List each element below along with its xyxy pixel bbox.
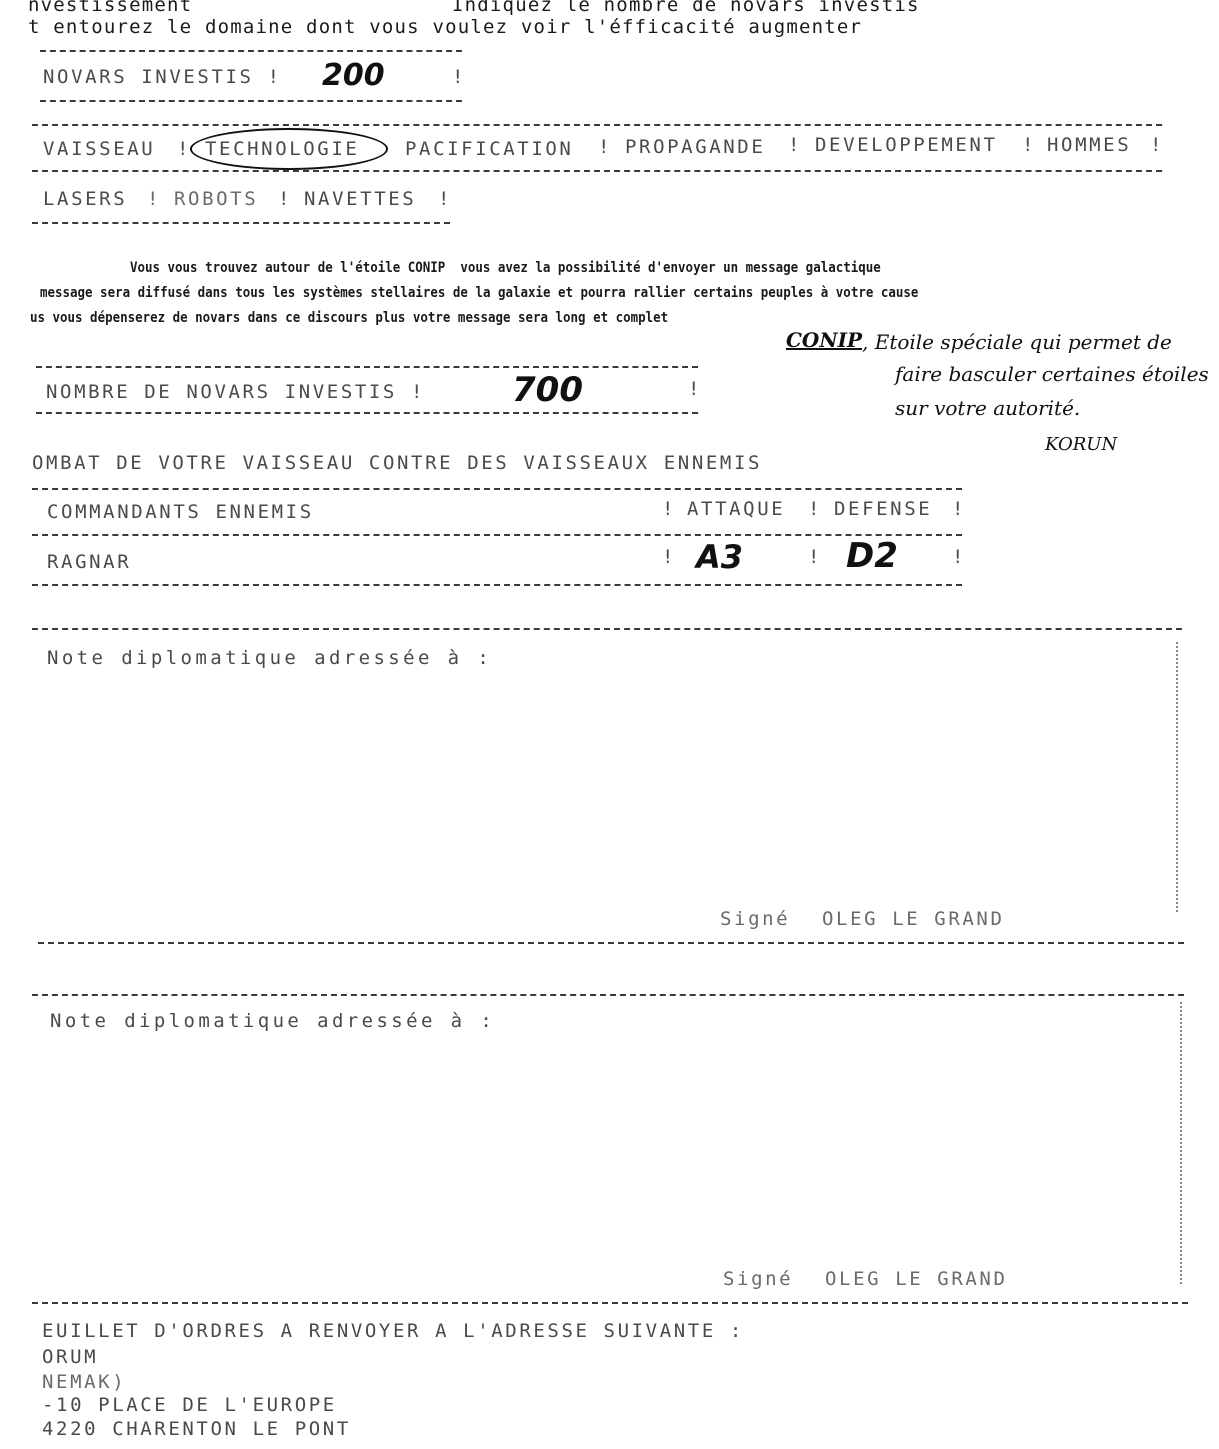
header-line1-left: nvestissement bbox=[28, 0, 192, 16]
divider bbox=[32, 222, 450, 224]
separator: ! bbox=[1022, 134, 1036, 156]
footer-title: EUILLET D'ORDRES A RENVOYER A L'ADRESSE … bbox=[42, 1320, 744, 1342]
column-commandants: COMMANDANTS ENNEMIS bbox=[47, 501, 314, 523]
divider bbox=[32, 124, 1162, 126]
annotation-line-2: faire basculer certaines étoiles bbox=[895, 362, 1209, 386]
separator: ! bbox=[147, 188, 161, 210]
novars-message-value[interactable]: 700 bbox=[512, 370, 583, 410]
attaque-value[interactable]: A3 bbox=[696, 538, 743, 576]
note-recipient-label: Note diplomatique adressée à : bbox=[47, 647, 492, 669]
message-line-1: Vous vous trouvez autour de l'étoile CON… bbox=[130, 260, 881, 276]
combat-title: OMBAT DE VOTRE VAISSEAU CONTRE DES VAISS… bbox=[32, 452, 762, 474]
domain-lasers[interactable]: LASERS bbox=[43, 188, 127, 210]
column-attaque: ATTAQUE bbox=[687, 498, 785, 520]
column-defense: DEFENSE bbox=[834, 498, 932, 520]
signer-name: OLEG LE GRAND bbox=[822, 908, 1005, 930]
annotation-title: CONIP bbox=[786, 328, 862, 352]
annotation-signature: KORUN bbox=[1045, 434, 1117, 455]
divider bbox=[32, 994, 1184, 996]
separator: ! bbox=[177, 138, 191, 160]
divider bbox=[40, 50, 462, 52]
right-border bbox=[1180, 1002, 1182, 1284]
separator: ! bbox=[808, 498, 822, 520]
divider bbox=[36, 366, 698, 368]
separator: ! bbox=[808, 546, 822, 568]
divider bbox=[36, 412, 698, 414]
domain-pacification[interactable]: PACIFICATION bbox=[405, 138, 573, 160]
novars-message-end-bar: ! bbox=[688, 378, 702, 400]
divider bbox=[32, 1302, 1188, 1304]
divider bbox=[32, 534, 962, 536]
separator: ! bbox=[788, 134, 802, 156]
separator: ! bbox=[662, 498, 676, 520]
divider bbox=[32, 584, 962, 586]
right-border bbox=[1176, 642, 1178, 912]
divider bbox=[32, 170, 1162, 172]
header-line2: t entourez le domaine dont vous voulez v… bbox=[28, 16, 862, 38]
separator: ! bbox=[662, 546, 676, 568]
separator: ! bbox=[598, 136, 612, 158]
separator: ! bbox=[952, 498, 966, 520]
domain-technologie[interactable]: TECHNOLOGIE bbox=[205, 138, 359, 160]
domain-developpement[interactable]: DEVELOPPEMENT bbox=[815, 134, 998, 156]
commander-name: RAGNAR bbox=[47, 551, 131, 573]
divider bbox=[38, 942, 1184, 944]
domain-propagande[interactable]: PROPAGANDE bbox=[625, 136, 765, 158]
annotation-line-1: , Etoile spéciale qui permet de bbox=[862, 330, 1172, 354]
separator: ! bbox=[278, 188, 292, 210]
investment-value[interactable]: 200 bbox=[322, 58, 385, 93]
divider bbox=[32, 488, 962, 490]
separator: ! bbox=[952, 546, 966, 568]
note-recipient-label: Note diplomatique adressée à : bbox=[50, 1010, 495, 1032]
address-line-2: NEMAK) bbox=[42, 1371, 126, 1393]
signed-label: Signé bbox=[723, 1268, 793, 1290]
separator: ! bbox=[438, 188, 452, 210]
domain-robots[interactable]: ROBOTS bbox=[174, 188, 258, 210]
investment-end-bar: ! bbox=[452, 66, 466, 88]
header-line1-right: Indiquez le nombre de novars investis bbox=[452, 0, 920, 16]
divider bbox=[32, 628, 1182, 630]
address-line-4: 4220 CHARENTON LE PONT bbox=[42, 1418, 351, 1440]
signed-label: Signé bbox=[720, 908, 790, 930]
novars-message-label: NOMBRE DE NOVARS INVESTIS ! bbox=[46, 381, 425, 403]
message-line-3: us vous dépenserez de novars dans ce dis… bbox=[30, 310, 668, 326]
domain-vaisseau[interactable]: VAISSEAU bbox=[43, 138, 155, 160]
divider bbox=[40, 100, 462, 102]
address-line-1: ORUM bbox=[42, 1346, 98, 1368]
separator: ! bbox=[1150, 134, 1164, 156]
investment-label: NOVARS INVESTIS ! bbox=[43, 66, 282, 88]
defense-value[interactable]: D2 bbox=[846, 536, 898, 576]
message-line-2: message sera diffusé dans tous les systè… bbox=[40, 285, 918, 301]
annotation-line-3: sur votre autorité. bbox=[895, 396, 1080, 420]
domain-navettes[interactable]: NAVETTES bbox=[304, 188, 416, 210]
signer-name: OLEG LE GRAND bbox=[825, 1268, 1008, 1290]
domain-hommes[interactable]: HOMMES bbox=[1047, 134, 1131, 156]
address-line-3: -10 PLACE DE L'EUROPE bbox=[42, 1394, 337, 1416]
